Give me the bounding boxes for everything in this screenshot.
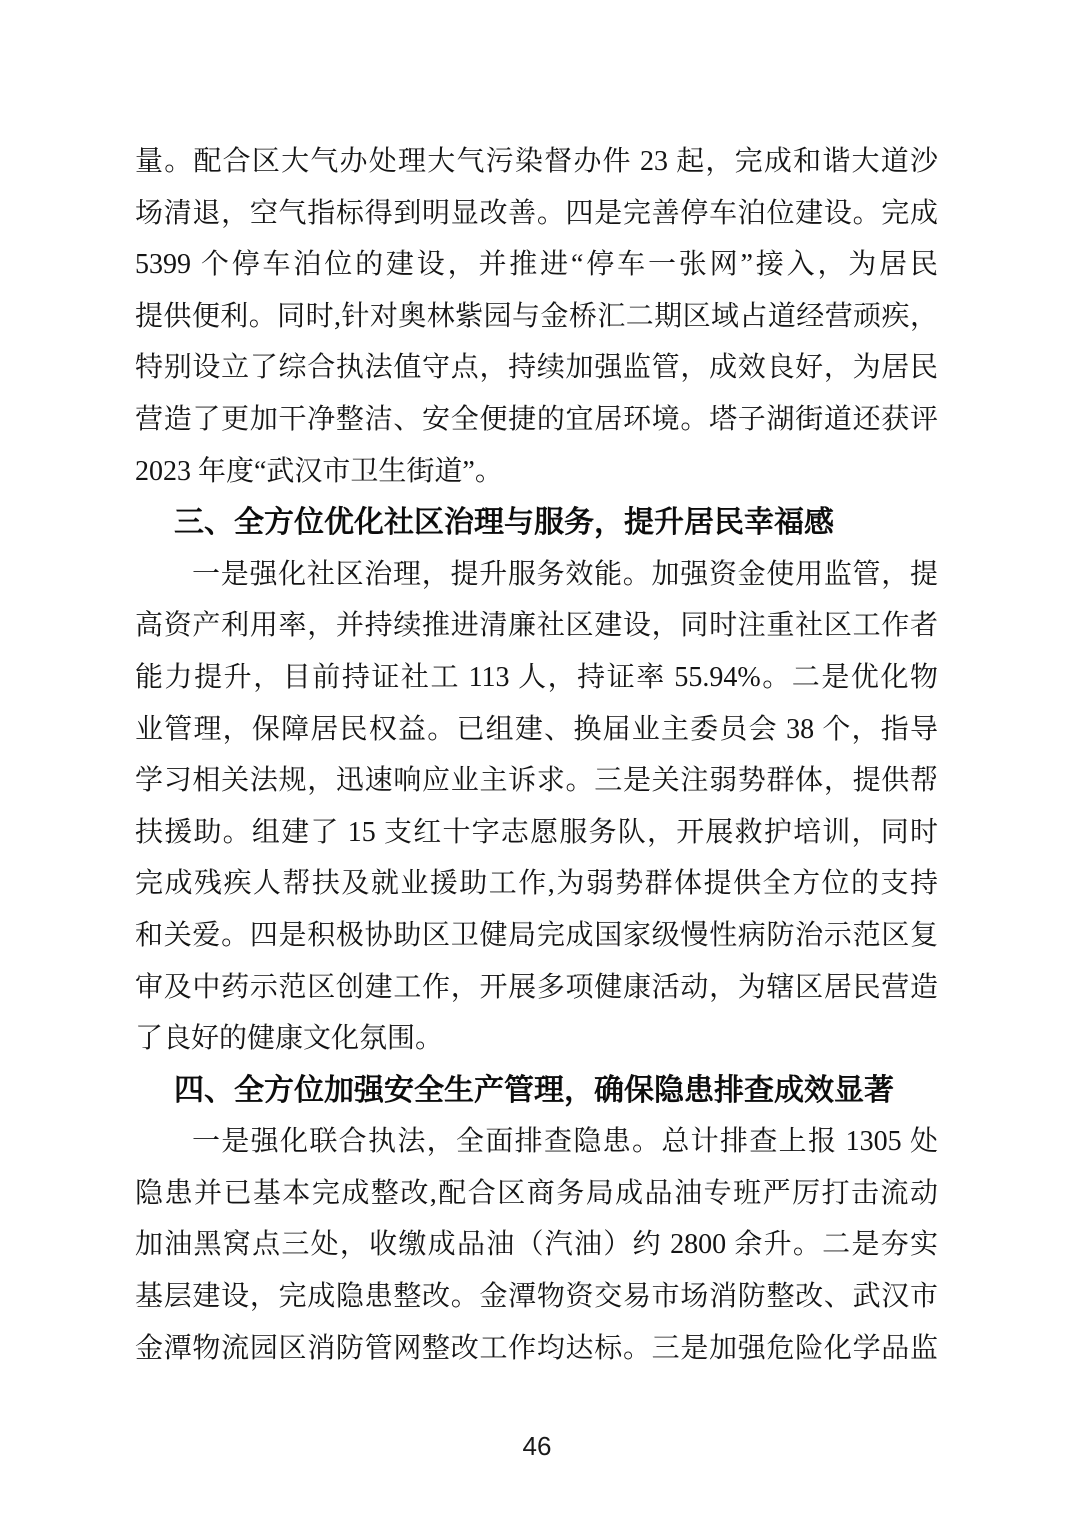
text-line: 金潭物流园区消防管网整改工作均达标。三是加强危险化学品监 xyxy=(135,1323,938,1375)
section-heading: 三、全方位优化社区治理与服务，提升居民幸福感 xyxy=(135,497,938,549)
text-line: 2023 年度“武汉市卫生街道”。 xyxy=(135,446,938,498)
text-line: 基层建设，完成隐患整改。金潭物资交易市场消防整改、武汉市 xyxy=(135,1271,938,1323)
text-line: 了良好的健康文化氛围。 xyxy=(135,1013,938,1065)
text-line: 完成残疾人帮扶及就业援助工作,为弱势群体提供全方位的支持 xyxy=(135,858,938,910)
text-line: 业管理，保障居民权益。已组建、换届业主委员会 38 个，指导 xyxy=(135,704,938,756)
text-line: 审及中药示范区创建工作，开展多项健康活动，为辖区居民营造 xyxy=(135,962,938,1014)
text-line: 5399 个停车泊位的建设，并推进“停车一张网”接入，为居民 xyxy=(135,239,938,291)
text-line: 特别设立了综合执法值守点，持续加强监管，成效良好，为居民 xyxy=(135,342,938,394)
text-line: 量。配合区大气办处理大气污染督办件 23 起，完成和谐大道沙 xyxy=(135,136,938,188)
text-line: 提供便利。同时,针对奥林紫园与金桥汇二期区域占道经营顽疾， xyxy=(135,291,938,343)
text-line: 一是强化社区治理，提升服务效能。加强资金使用监管，提 xyxy=(135,549,938,601)
text-block: 量。配合区大气办处理大气污染督办件 23 起，完成和谐大道沙场清退，空气指标得到… xyxy=(135,136,938,1374)
document-page: 量。配合区大气办处理大气污染督办件 23 起，完成和谐大道沙场清退，空气指标得到… xyxy=(0,0,1074,1520)
text-line: 一是强化联合执法，全面排查隐患。总计排查上报 1305 处 xyxy=(135,1116,938,1168)
text-line: 隐患并已基本完成整改,配合区商务局成品油专班严厉打击流动 xyxy=(135,1168,938,1220)
text-line: 学习相关法规，迅速响应业主诉求。三是关注弱势群体，提供帮 xyxy=(135,755,938,807)
text-line: 高资产利用率，并持续推进清廉社区建设，同时注重社区工作者 xyxy=(135,600,938,652)
text-line: 能力提升，目前持证社工 113 人，持证率 55.94%。二是优化物 xyxy=(135,652,938,704)
text-line: 和关爱。四是积极协助区卫健局完成国家级慢性病防治示范区复 xyxy=(135,910,938,962)
text-line: 加油黑窝点三处，收缴成品油（汽油）约 2800 余升。二是夯实 xyxy=(135,1219,938,1271)
text-line: 扶援助。组建了 15 支红十字志愿服务队，开展救护培训，同时 xyxy=(135,807,938,859)
section-heading: 四、全方位加强安全生产管理，确保隐患排查成效显著 xyxy=(135,1065,938,1117)
text-line: 营造了更加干净整洁、安全便捷的宜居环境。塔子湖街道还获评 xyxy=(135,394,938,446)
text-line: 场清退，空气指标得到明显改善。四是完善停车泊位建设。完成 xyxy=(135,188,938,240)
page-number: 46 xyxy=(0,1431,1074,1462)
